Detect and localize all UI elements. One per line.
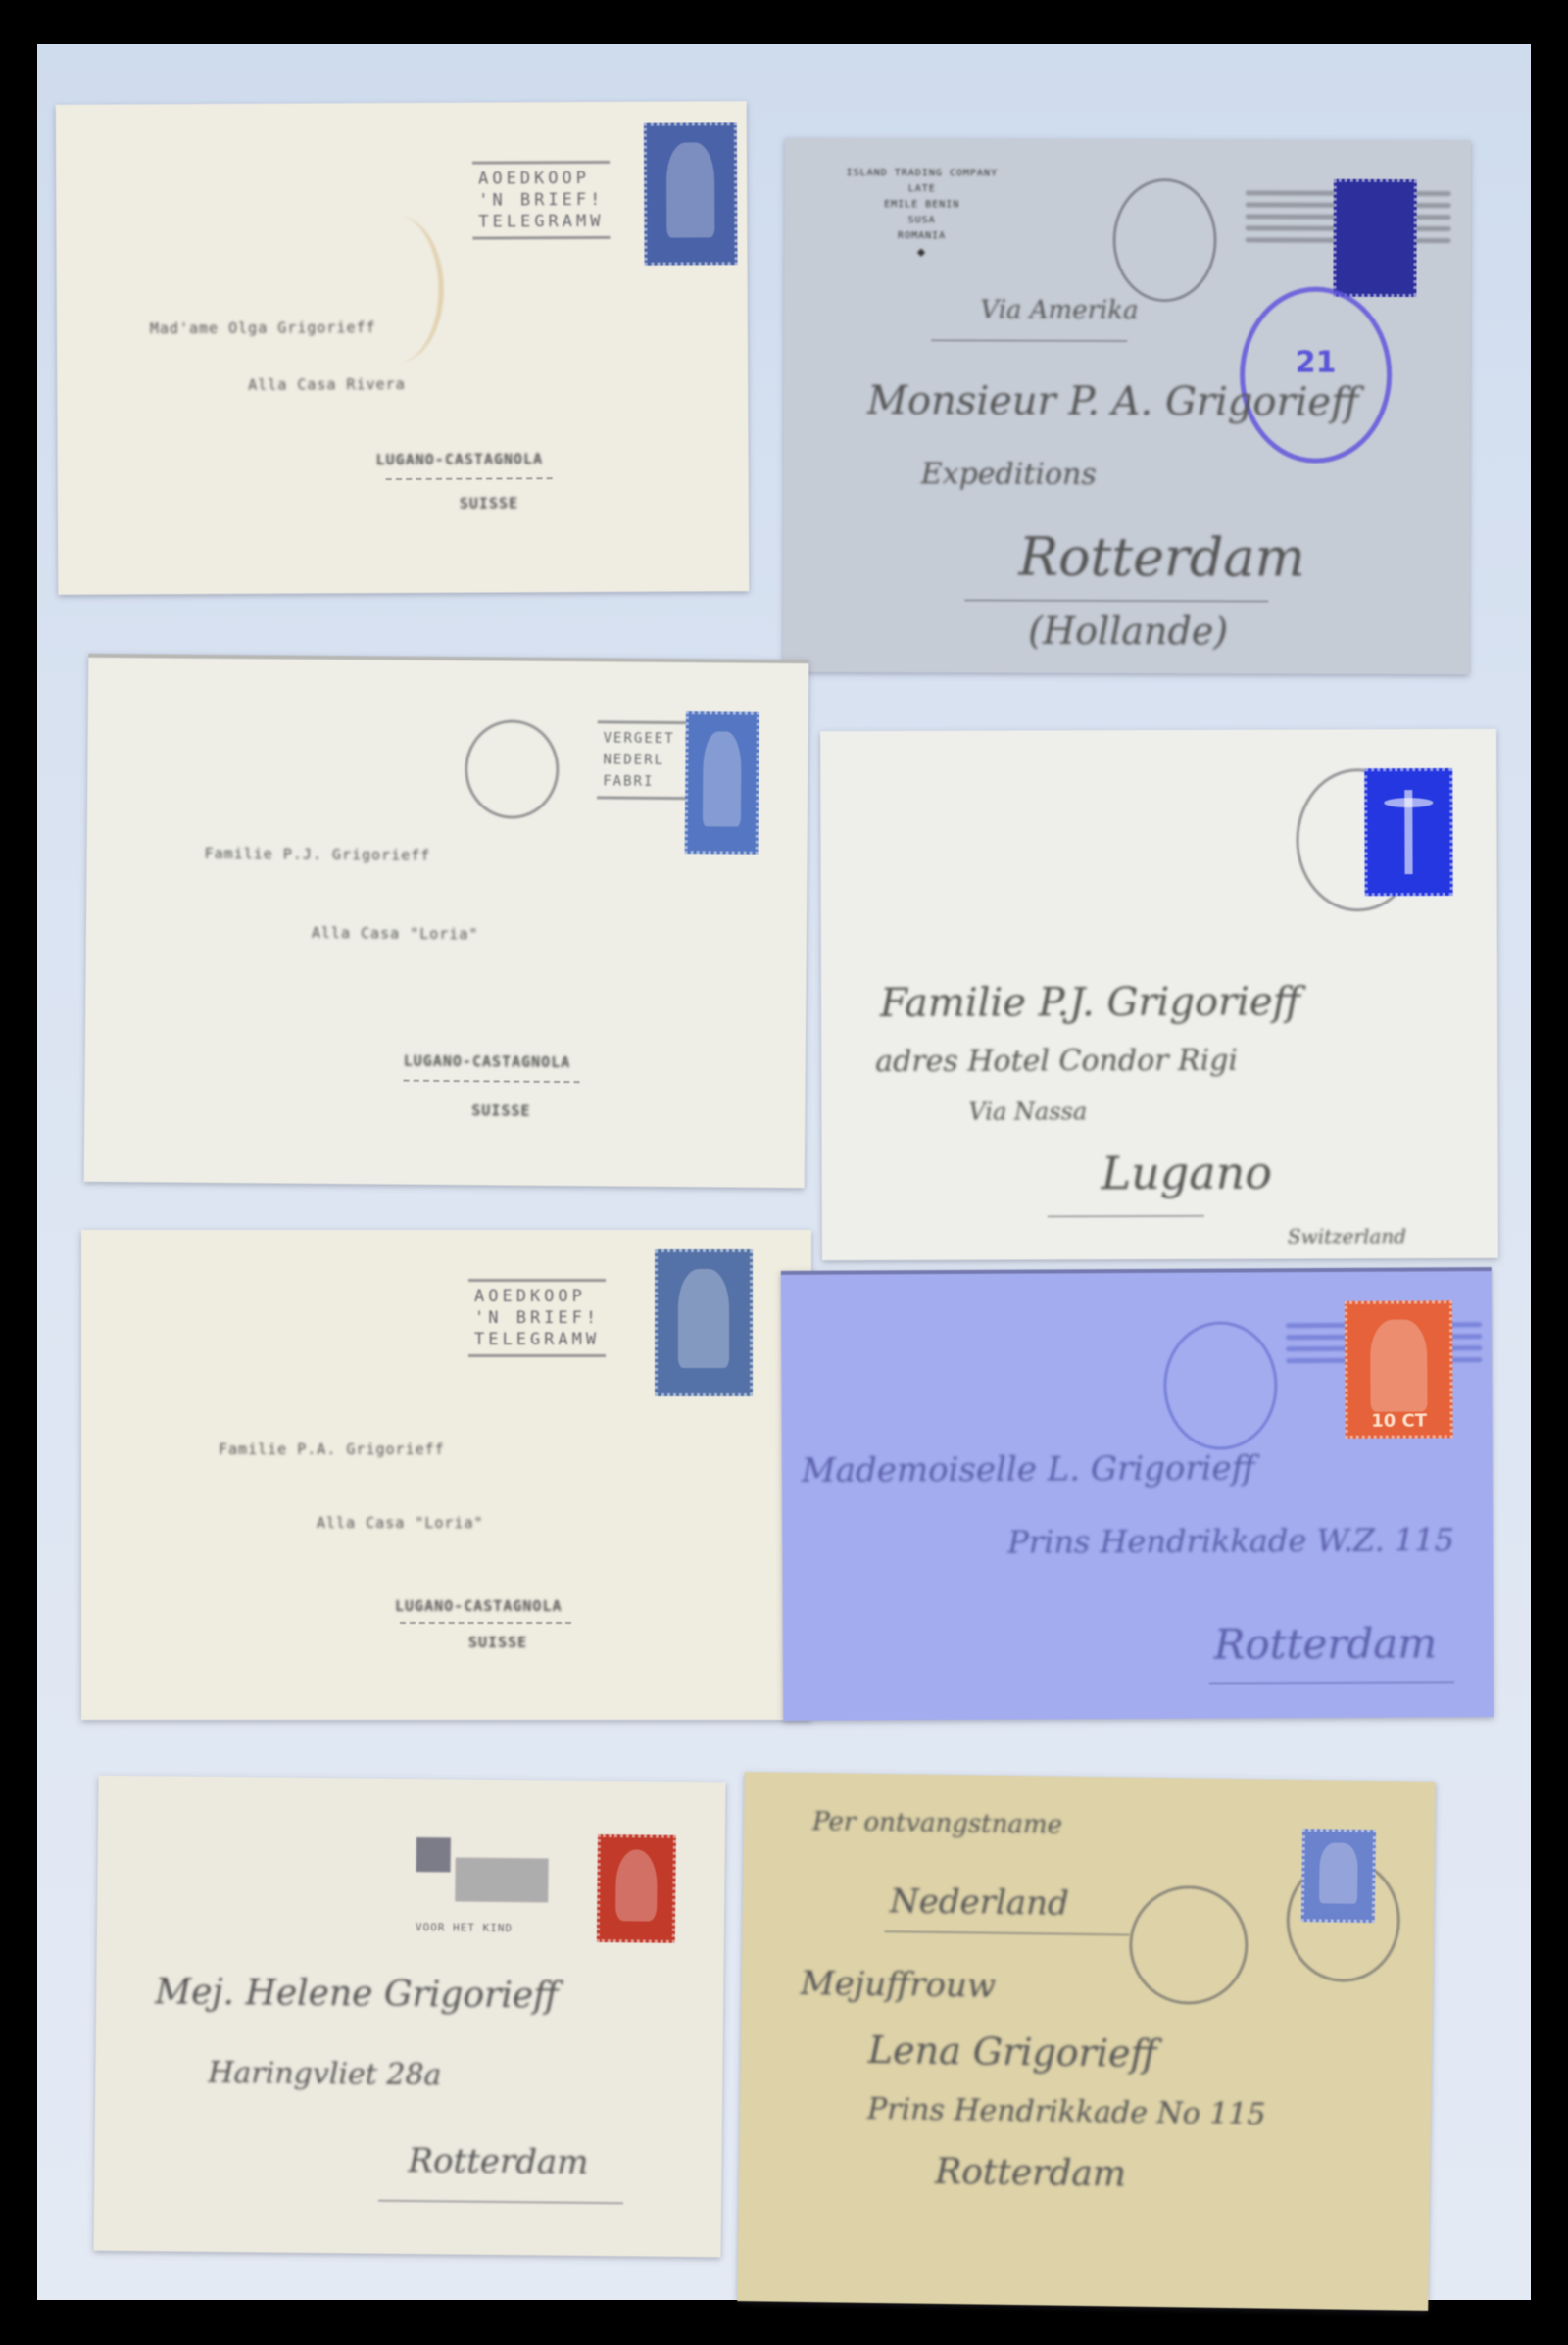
slogan-cancel: VOOR HET KIND: [416, 1837, 565, 1940]
address-line: adres Hotel Condor Rigi: [875, 1044, 1238, 1079]
address-line: Familie P.A. Grigorieff: [219, 1441, 445, 1458]
address-line: Per ontvangstname: [812, 1807, 1062, 1840]
address-line: Expeditions: [921, 457, 1097, 492]
address-line: Haringvliet 28a: [208, 2056, 441, 2092]
address-line: Via Amerika: [980, 295, 1138, 325]
address-line: Mad'ame Olga Grigorieff: [150, 318, 376, 337]
postmark: [1129, 1885, 1249, 2006]
address-line: Nederland: [890, 1881, 1069, 1924]
envelope-7: VOOR HET KIND Mej. Helene Grigorieff Har…: [93, 1776, 725, 2258]
address-line: Mej. Helene Grigorieff: [155, 1972, 559, 2016]
censor-mark: 21: [1240, 286, 1393, 464]
address-line: SUISSE: [460, 494, 518, 512]
envelope-5: AOEDKOOP'N BRIEF!TELEGRAMW Familie P.A. …: [81, 1230, 811, 1720]
address-line: Familie P.J. Grigorieff: [880, 979, 1300, 1025]
postage-stamp: [655, 1249, 753, 1396]
postage-stamp: [597, 1834, 676, 1943]
address-line: LUGANO-CASTAGNOLA: [404, 1052, 571, 1071]
address-line: Via Nassa: [968, 1098, 1087, 1125]
envelope-4: Familie P.J. Grigorieff adres Hotel Cond…: [820, 729, 1498, 1260]
postage-stamp: [1333, 179, 1416, 297]
postage-stamp: [685, 711, 759, 855]
postage-stamp: 10 CT: [1345, 1300, 1453, 1439]
address-line: SUISSE: [471, 1101, 530, 1120]
address-line: (Hollande): [1028, 610, 1228, 654]
address-line: Rotterdam: [935, 2152, 1126, 2195]
address-line: Rotterdam: [408, 2141, 588, 2182]
postmark: [1163, 1321, 1278, 1450]
address-line: Monsieur P. A. Grigorieff: [867, 378, 1359, 425]
postage-stamp: [1364, 768, 1452, 896]
envelope-3: VERGEET NIETNEDERLFABRI Familie P.J. Gri…: [84, 654, 809, 1188]
address-line: Switzerland: [1288, 1224, 1406, 1247]
address-line: Prins Hendrikkade No 115: [867, 2092, 1266, 2132]
address-line: Alla Casa "Loria": [317, 1514, 484, 1532]
postmark: [1112, 178, 1216, 302]
address-line: Prins Hendrikkade W.Z. 115: [1007, 1521, 1454, 1560]
album-page: AOEDKOOP'N BRIEF!TELEGRAMW Mad'ame Olga …: [37, 44, 1531, 2300]
address-line: Alla Casa "Loria": [312, 924, 479, 943]
address-line: LUGANO-CASTAGNOLA: [395, 1597, 563, 1615]
address-line: SUISSE: [468, 1634, 527, 1651]
envelope-2: ISLAND TRADING COMPANYLATE EMILE BENINSU…: [783, 138, 1471, 674]
address-line: Rotterdam: [1018, 526, 1305, 589]
address-line: Lugano: [1102, 1147, 1273, 1200]
letterhead: ISLAND TRADING COMPANYLATE EMILE BENINSU…: [814, 166, 1030, 261]
envelope-1: AOEDKOOP'N BRIEF!TELEGRAMW Mad'ame Olga …: [56, 101, 750, 595]
address-line: Alla Casa Rivera: [248, 375, 406, 394]
slogan-cancel: AOEDKOOP'N BRIEF!TELEGRAMW: [468, 1279, 606, 1357]
envelope-8: Per ontvangstname Nederland Mejuffrouw L…: [737, 1772, 1435, 2311]
slogan-cancel: AOEDKOOP'N BRIEF!TELEGRAMW: [472, 161, 611, 240]
postage-stamp: [1301, 1829, 1376, 1923]
address-line: Lena Grigorieff: [868, 2028, 1157, 2076]
address-line: Mejuffrouw: [801, 1964, 997, 2006]
envelope-6: 10 CT Mademoiselle L. Grigorieff Prins H…: [781, 1267, 1494, 1721]
address-line: Mademoiselle L. Grigorieff: [802, 1448, 1255, 1490]
address-line: LUGANO-CASTAGNOLA: [376, 450, 544, 468]
address-line: Familie P.J. Grigorieff: [205, 845, 431, 864]
postage-stamp: [644, 122, 738, 265]
address-line: Rotterdam: [1214, 1619, 1438, 1668]
postmark: [465, 719, 560, 819]
